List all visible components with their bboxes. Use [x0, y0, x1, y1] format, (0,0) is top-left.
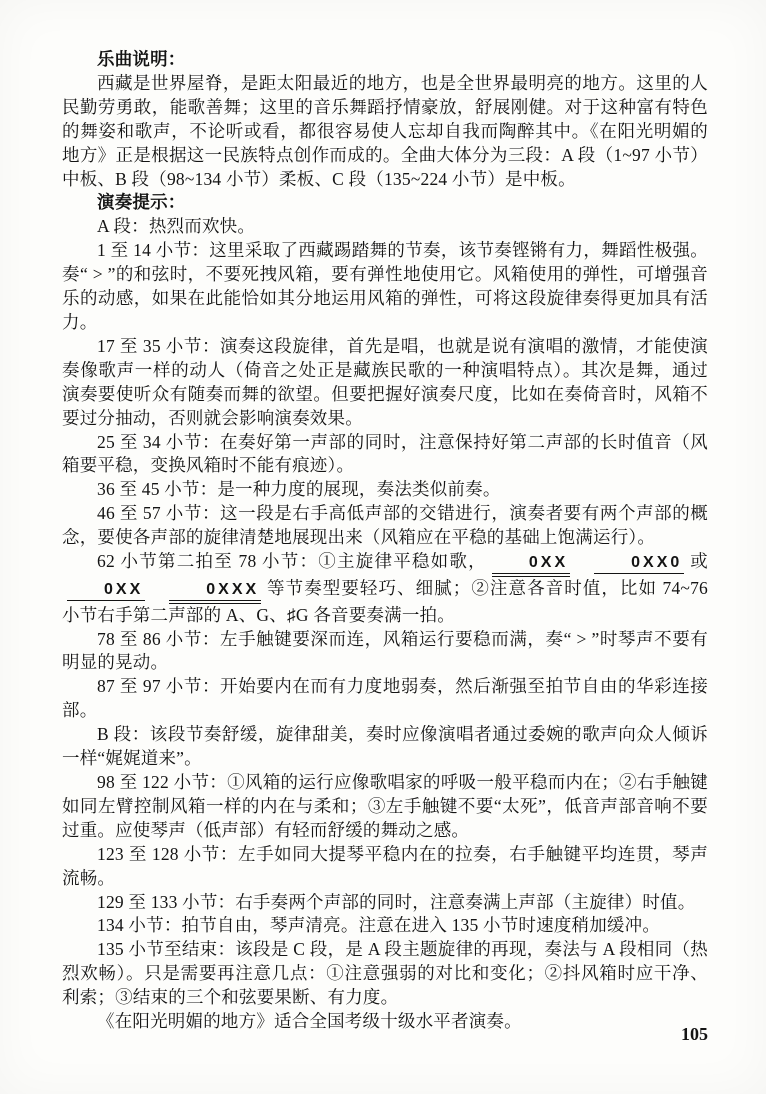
paragraph: 134 小节：拍节自由，琴声清亮。注意在进入 135 小节时速度稍加缓冲。 — [62, 914, 708, 938]
paragraph: B 段：该段节奏舒缓，旋律甜美，奏时应像演唱者通过委婉的歌声向众人倾诉一样“娓娓… — [62, 723, 708, 771]
paragraph: 129 至 133 小节：右手奏两个声部的同时，注意奏满上声部（主旋律）时值。 — [62, 891, 708, 915]
paragraph: 36 至 45 小节：是一种力度的展现，奏法类似前奏。 — [62, 478, 708, 502]
rhythm-pattern: 0XXX — [169, 582, 261, 604]
rhythm-pattern: 0XX0 — [594, 555, 684, 574]
paragraph: 46 至 57 小节：这一段是右手高低声部的交错进行，演奏者要有两个声部的概念，… — [62, 502, 708, 550]
paragraph: 62 小节第二拍至 78 小节：①主旋律平稳如歌，0XX0XX0或0XX0XXX… — [62, 550, 708, 628]
section-heading: 演奏提示： — [62, 191, 708, 215]
paragraph: 西藏是世界屋脊，是距太阳最近的地方，也是全世界最明亮的地方。这里的人民勤劳勇敢，… — [62, 72, 708, 192]
paragraph: 87 至 97 小节：开始要内在而有力度地弱奏，然后渐强至拍节自由的华彩连接部。 — [62, 675, 708, 723]
page-number: 105 — [681, 1024, 708, 1045]
paragraph: 135 小节至结束：该段是 C 段，是 A 段主题旋律的再现，奏法与 A 段相同… — [62, 938, 708, 1010]
paragraph: 123 至 128 小节：左手如同大提琴平稳内在的拉奏，右手触键平均连贯，琴声流… — [62, 843, 708, 891]
rhythm-pattern: 0XX — [67, 582, 145, 601]
paragraph: 1 至 14 小节：这里采取了西藏踢踏舞的节奏，该节奏铿锵有力，舞蹈性极强。奏“… — [62, 239, 708, 335]
paragraph: 17 至 35 小节：演奏这段旋律，首先是唱，也就是说有演唱的激情，才能使演奏像… — [62, 335, 708, 431]
section-heading: 乐曲说明： — [62, 48, 708, 72]
document-body: 乐曲说明：西藏是世界屋脊，是距太阳最近的地方，也是全世界最明亮的地方。这里的人民… — [62, 48, 708, 1034]
paragraph: A 段：热烈而欢快。 — [62, 215, 708, 239]
paragraph: 25 至 34 小节：在奏好第一声部的同时，注意保持好第二声部的长时值音（风箱要… — [62, 431, 708, 479]
scanned-book-page: 乐曲说明：西藏是世界屋脊，是距太阳最近的地方，也是全世界最明亮的地方。这里的人民… — [0, 0, 766, 1094]
rhythm-pattern: 0XX — [492, 555, 570, 577]
paragraph: 《在阳光明媚的地方》适合全国考级十级水平者演奏。 — [62, 1010, 708, 1034]
paragraph: 78 至 86 小节：左手触键要深而连，风箱运行要稳而满，奏“ > ”时琴声不要… — [62, 628, 708, 676]
paragraph: 98 至 122 小节：①风箱的运行应像歌唱家的呼吸一般平稳而内在；②右手触键如… — [62, 771, 708, 843]
